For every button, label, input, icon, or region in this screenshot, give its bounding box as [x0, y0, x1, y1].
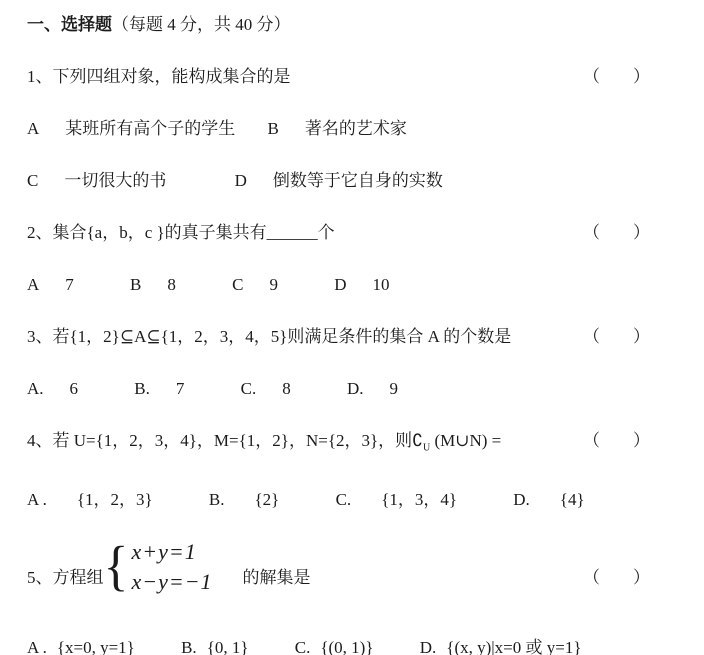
option-3c-text: 8: [282, 379, 291, 398]
option-2b-label: B: [130, 275, 141, 294]
option-4c: C.{1，3，4}: [336, 487, 457, 513]
option-3b-label: B.: [134, 379, 150, 398]
option-5a-text: {x=0, y=1}: [57, 638, 135, 655]
spacer: [335, 220, 583, 246]
option-5d: D.{(x, y)|x=0 或 y=1}: [420, 635, 582, 655]
left-brace: {: [104, 534, 129, 601]
option-3b-text: 7: [176, 379, 185, 398]
equation-lines: x+y=1 x−y=−1: [131, 537, 212, 597]
option-2d-label: D: [334, 275, 346, 294]
question-3: 3、若{1，2}⊆A⊆{1，2，3，4，5}则满足条件的集合 A 的个数是 （ …: [27, 324, 660, 350]
question-3-answer-brackets: （ ）: [583, 324, 658, 350]
option-3a: A.6: [27, 376, 78, 402]
option-2c: C9: [232, 272, 278, 298]
option-3c-label: C.: [241, 379, 257, 398]
question-3-text: 3、若{1，2}⊆A⊆{1，2，3，4，5}则满足条件的集合 A 的个数是: [27, 324, 511, 350]
question-2-options: A7 B8 C9 D10: [27, 272, 660, 298]
question-1-text: 1、下列四组对象，能构成集合的是: [27, 64, 291, 90]
section-title: 一、选择题: [27, 15, 112, 34]
equation-bottom: x−y=−1: [131, 567, 212, 597]
question-2-text: 2、集合{a，b，c }的真子集共有______个: [27, 220, 335, 246]
option-1c-text: 一切很大的书: [64, 171, 166, 190]
option-1d: D倒数等于它自身的实数: [235, 168, 443, 194]
question-5-number: 5、: [27, 568, 53, 587]
question-1-options-cd: C一切很大的书 D倒数等于它自身的实数: [27, 168, 660, 194]
question-1-options-ab: A某班所有高个子的学生 B著名的艺术家: [27, 116, 660, 142]
option-2d-text: 10: [373, 275, 390, 294]
option-3c: C.8: [241, 376, 291, 402]
option-5b-text: {0, 1}: [207, 638, 249, 655]
option-4a-label: A .: [27, 490, 47, 509]
question-3-options: A.6 B.7 C.8 D.9: [27, 376, 660, 402]
option-1d-label: D: [235, 171, 247, 190]
option-3d: D.9: [347, 376, 398, 402]
exam-document: 一、选择题（每题 4 分，共 40 分） 1、下列四组对象，能构成集合的是 （ …: [0, 0, 704, 655]
option-3a-text: 6: [70, 379, 79, 398]
option-4b-text: {2}: [255, 490, 280, 509]
question-4: 4、若 U={1，2，3，4}，M={1，2}，N={2，3}，则∁U (M∪N…: [27, 428, 660, 461]
complement-symbol: ∁U: [412, 431, 430, 451]
option-5c: C.{(0, 1)}: [295, 635, 374, 655]
option-1c-label: C: [27, 171, 38, 190]
spacer: [511, 324, 583, 350]
option-1a-label: A: [27, 119, 39, 138]
option-5c-text: {(0, 1)}: [320, 638, 373, 655]
option-1a-text: 某班所有高个子的学生: [65, 119, 235, 138]
option-2b: B8: [130, 272, 176, 298]
option-5b-label: B.: [181, 638, 197, 655]
question-5-answer-brackets: （ ）: [583, 565, 658, 599]
question-1-number: 1、: [27, 67, 53, 86]
question-1: 1、下列四组对象，能构成集合的是 （ ）: [27, 64, 660, 90]
option-1b: B著名的艺术家: [268, 116, 407, 142]
option-1b-label: B: [268, 119, 279, 138]
option-1c: C一切很大的书: [27, 168, 166, 194]
question-4-text: 4、若 U={1，2，3，4}，M={1，2}，N={2，3}，则∁U (M∪N…: [27, 428, 501, 461]
option-2a-label: A: [27, 275, 39, 294]
question-2: 2、集合{a，b，c }的真子集共有______个 （ ）: [27, 220, 660, 246]
equation-system: { x+y=1 x−y=−1: [104, 535, 213, 599]
option-4a: A .{1，2，3}: [27, 487, 153, 513]
question-3-number: 3、: [27, 327, 53, 346]
section-header: 一、选择题（每题 4 分，共 40 分）: [27, 12, 660, 38]
option-4d: D.{4}: [513, 487, 584, 513]
question-5-text-post: 的解集是: [243, 565, 311, 599]
section-note: （每题 4 分，共 40 分）: [112, 15, 291, 34]
option-4b: B.{2}: [209, 487, 279, 513]
option-5d-label: D.: [420, 638, 437, 655]
option-2c-text: 9: [269, 275, 278, 294]
option-5c-label: C.: [295, 638, 311, 655]
option-3d-text: 9: [390, 379, 399, 398]
spacer: [291, 64, 584, 90]
option-3d-label: D.: [347, 379, 364, 398]
option-1a: A某班所有高个子的学生: [27, 116, 235, 142]
option-2c-label: C: [232, 275, 243, 294]
question-5-options: A .{x=0, y=1} B.{0, 1} C.{(0, 1)} D.{(x,…: [27, 635, 660, 655]
option-4b-label: B.: [209, 490, 225, 509]
option-4c-label: C.: [336, 490, 352, 509]
option-2a-text: 7: [65, 275, 74, 294]
question-4-options: A .{1，2，3} B.{2} C.{1，3，4} D.{4}: [27, 487, 660, 513]
question-1-answer-brackets: （ ）: [583, 64, 658, 90]
option-4a-text: {1，2，3}: [77, 490, 153, 509]
question-4-answer-brackets: （ ）: [583, 428, 658, 461]
option-5b: B.{0, 1}: [181, 635, 248, 655]
spacer: [501, 428, 583, 461]
question-4-number: 4、: [27, 431, 53, 450]
option-4c-text: {1，3，4}: [381, 490, 457, 509]
option-1b-text: 著名的艺术家: [305, 119, 407, 138]
option-2d: D10: [334, 272, 389, 298]
option-5d-text: {(x, y)|x=0 或 y=1}: [446, 638, 581, 655]
option-5a: A .{x=0, y=1}: [27, 635, 135, 655]
question-5-text: 5、方程组: [27, 565, 104, 599]
question-2-answer-brackets: （ ）: [583, 220, 658, 246]
question-5: 5、方程组 { x+y=1 x−y=−1 的解集是 （ ）: [27, 527, 660, 599]
option-4d-text: {4}: [560, 490, 585, 509]
equation-top: x+y=1: [131, 537, 212, 567]
question-2-number: 2、: [27, 223, 53, 242]
option-1d-text: 倒数等于它自身的实数: [273, 171, 443, 190]
option-2b-text: 8: [167, 275, 176, 294]
option-4d-label: D.: [513, 490, 530, 509]
option-3a-label: A.: [27, 379, 44, 398]
option-2a: A7: [27, 272, 74, 298]
option-5a-label: A .: [27, 638, 47, 655]
option-3b: B.7: [134, 376, 184, 402]
